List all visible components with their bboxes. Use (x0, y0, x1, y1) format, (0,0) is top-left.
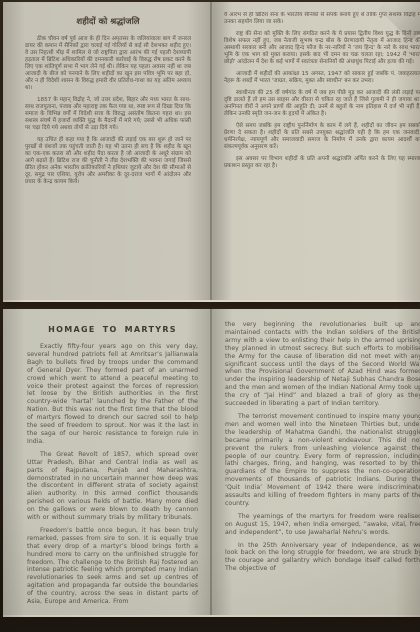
hindi-paragraph: ठीक चौवन वर्ष पूर्व आज के ही दिन अमृतसर … (25, 36, 191, 92)
english-paragraph: the very beginning the revolutionaries b… (225, 321, 420, 408)
hindi-paragraph: राष्ट्र की सेना को मुक्ति के लिए संगठित … (224, 31, 420, 66)
english-paragraph: Exactly fifty-four years ago on this ver… (27, 343, 198, 446)
english-heading: HOMAGE TO MARTYRS (27, 325, 198, 334)
page-bottom-edge (3, 615, 420, 617)
english-paragraph: Freedom’s battle once begun, it has been… (27, 527, 198, 606)
english-left-page-column: HOMAGE TO MARTYRS Exactly fifty-four yea… (27, 325, 198, 611)
hindi-title: शहीदों को श्रद्धांजलि (25, 16, 191, 27)
english-paragraph: The terrorist movement continued to insp… (225, 413, 420, 508)
hindi-paragraph: 1857 के महान् विद्रोह ने, जो उत्तर प्रदे… (25, 97, 191, 132)
page-bottom-edge (3, 300, 420, 302)
page-gutter-crease (210, 2, 212, 302)
english-right-page-column: the very beginning the revolutionaries b… (225, 321, 420, 613)
hindi-paragraph: आजादी में शहीदों की आकांक्षा 15 अगस्त, 1… (224, 71, 420, 85)
hindi-paragraph: इस अवसर पर विभाग शहीदों के प्रति अपनी श्… (224, 156, 420, 170)
hindi-right-page-column: वे आरंभ से ही ब्रिटिश सेना के भारतीय सैन… (224, 12, 420, 296)
english-paragraph: The Great Revolt of 1857, which spread o… (27, 451, 198, 522)
english-paragraph: The yearnings of the martyrs for freedom… (225, 513, 420, 537)
hindi-paragraph: यह उचित ही कहा गया है कि आजादी की लड़ाई … (25, 137, 191, 186)
hindi-paragraph: स्वाधीनता की 25 वीं वर्षगांठ के वर्ष में… (224, 90, 420, 118)
hindi-left-page-column: शहीदों को श्रद्धांजलि ठीक चौवन वर्ष पूर्… (25, 16, 191, 294)
english-paragraph: In the 25th Anniversary year of Independ… (225, 542, 420, 574)
photo-backdrop: शहीदों को श्रद्धांजलि ठीक चौवन वर्ष पूर्… (0, 0, 420, 632)
hindi-paragraph: ऐसे समय जबकि हम राष्ट्रीय पुनर्निर्माण क… (224, 123, 420, 151)
hindi-paragraph: वे आरंभ से ही ब्रिटिश सेना के भारतीय सैन… (224, 12, 420, 26)
english-spread: HOMAGE TO MARTYRS Exactly fifty-four yea… (3, 309, 420, 617)
page-gutter-crease (210, 309, 212, 617)
hindi-spread: शहीदों को श्रद्धांजलि ठीक चौवन वर्ष पूर्… (3, 2, 420, 302)
